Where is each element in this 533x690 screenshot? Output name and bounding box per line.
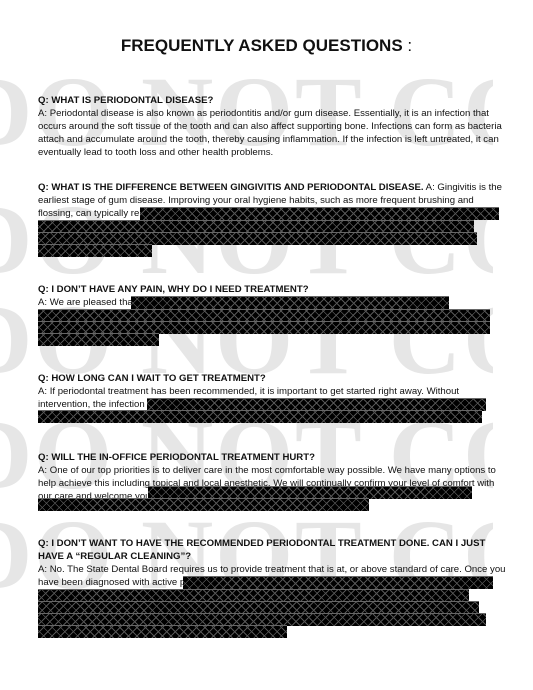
faq-question: Q: I DON’T HAVE ANY PAIN, WHY DO I NEED …: [38, 283, 508, 296]
faq-question: Q: HOW LONG CAN I WAIT TO GET TREATMENT?: [38, 372, 508, 385]
redaction-block: [38, 625, 287, 638]
faq-answer: A: Periodontal disease is also known as …: [38, 107, 508, 159]
faq-question: Q: WHAT IS PERIODONTAL DISEASE?: [38, 94, 508, 107]
redaction-block: [131, 296, 449, 309]
page-title: FREQUENTLY ASKED QUESTIONS :: [0, 36, 533, 56]
redaction-block: [140, 207, 499, 220]
redaction-block: [38, 244, 152, 257]
redaction-block: [183, 576, 493, 589]
faq-question: Q: WHAT IS THE DIFFERENCE BETWEEN GINGIV…: [38, 182, 424, 193]
redaction-block: [38, 410, 482, 423]
redaction-block: [38, 333, 159, 346]
faq-question: Q: I DON’T WANT TO HAVE THE RECOMMENDED …: [38, 537, 508, 563]
faq-item: Q: WHAT IS PERIODONTAL DISEASE? A: Perio…: [38, 94, 508, 159]
redaction-block: [38, 498, 369, 511]
faq-question: Q: WILL THE IN-OFFICE PERIODONTAL TREATM…: [38, 451, 508, 464]
